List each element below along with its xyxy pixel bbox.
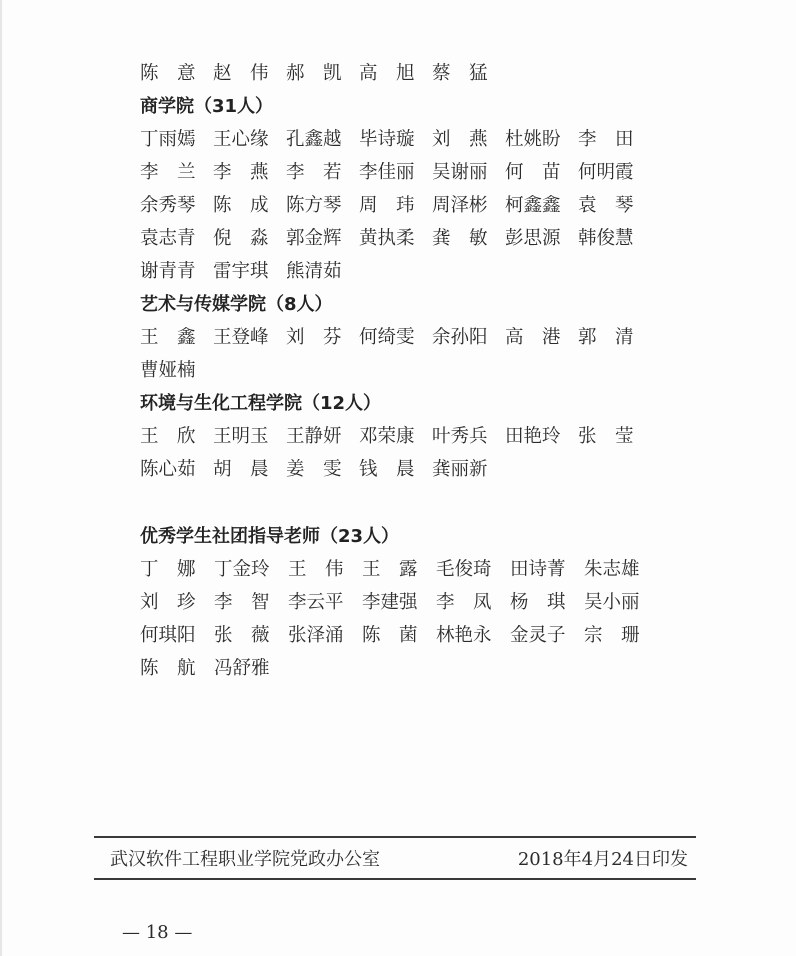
name-row: 袁志青 倪 淼 郭金辉 黄执柔 龚 敏 彭思源 韩俊慧	[140, 222, 680, 255]
person-name: 雷宇琪	[213, 255, 286, 288]
person-name: 陈 意	[140, 57, 213, 90]
person-name: 倪 淼	[213, 222, 286, 255]
person-name: 王登峰	[213, 321, 286, 354]
person-name: 郭金辉	[286, 222, 359, 255]
person-name: 胡 晨	[213, 453, 286, 486]
person-name: 丁雨嫣	[140, 123, 213, 156]
person-name: 韩俊慧	[578, 222, 651, 255]
name-row: 丁 娜 丁金玲 王 伟 王 露 毛俊琦 田诗菁 朱志雄	[140, 553, 680, 586]
section-heading-teachers: 优秀学生社团指导老师（23人）	[140, 520, 680, 553]
person-name: 王心缘	[213, 123, 286, 156]
person-name: 蔡 猛	[432, 57, 505, 90]
person-name: 毛俊琦	[436, 553, 510, 586]
person-name: 杨 琪	[510, 586, 584, 619]
person-name: 陈方琴	[286, 189, 359, 222]
person-name: 陈心茹	[140, 453, 213, 486]
name-row: 谢青青 雷宇琪 熊清茹	[140, 255, 680, 288]
person-name: 高 港	[505, 321, 578, 354]
name-row: 陈 航 冯舒雅	[140, 652, 680, 685]
person-name: 田艳玲	[505, 420, 578, 453]
name-row: 王 欣 王明玉 王静妍 邓荣康 叶秀兵 田艳玲 张 莹	[140, 420, 680, 453]
section-heading-business: 商学院（31人）	[140, 90, 680, 123]
person-name: 朱志雄	[584, 553, 658, 586]
document-body: 陈 意 赵 伟 郝 凯 高 旭 蔡 猛 商学院（31人） 丁雨嫣 王心缘 孔鑫越…	[140, 57, 680, 685]
person-name: 林艳永	[436, 619, 510, 652]
person-name: 李 凤	[436, 586, 510, 619]
person-name: 李佳丽	[359, 156, 432, 189]
person-name: 田诗菁	[510, 553, 584, 586]
person-name: 邓荣康	[359, 420, 432, 453]
page-number: — 18 —	[122, 922, 192, 943]
person-name: 李云平	[288, 586, 362, 619]
person-name: 金灵子	[510, 619, 584, 652]
person-name: 何琪阳	[140, 619, 214, 652]
person-name: 熊清茹	[286, 255, 359, 288]
person-name: 曹娅楠	[140, 354, 213, 387]
person-name: 李 若	[286, 156, 359, 189]
person-name: 陈 菌	[362, 619, 436, 652]
person-name: 李 智	[214, 586, 288, 619]
person-name: 李 兰	[140, 156, 213, 189]
name-row: 曹娅楠	[140, 354, 680, 387]
section-heading-arts-media: 艺术与传媒学院（8人）	[140, 288, 680, 321]
person-name: 王静妍	[286, 420, 359, 453]
name-row: 余秀琴 陈 成 陈方琴 周 玮 周泽彬 柯鑫鑫 袁 琴	[140, 189, 680, 222]
person-name: 王 欣	[140, 420, 213, 453]
person-name: 吴谢丽	[432, 156, 505, 189]
section-heading-environment: 环境与生化工程学院（12人）	[140, 387, 680, 420]
issue-date: 2018年4月24日印发	[518, 845, 688, 871]
person-name: 宗 珊	[584, 619, 658, 652]
person-name: 丁 娜	[140, 553, 214, 586]
person-name: 孔鑫越	[286, 123, 359, 156]
person-name: 王 伟	[288, 553, 362, 586]
person-name: 李 田	[578, 123, 651, 156]
name-row: 王 鑫 王登峰 刘 芬 何绮雯 余孙阳 高 港 郭 清	[140, 321, 680, 354]
person-name: 彭思源	[505, 222, 578, 255]
name-row: 刘 珍 李 智 李云平 李建强 李 凤 杨 琪 吴小丽	[140, 586, 680, 619]
person-name: 柯鑫鑫	[505, 189, 578, 222]
person-name: 余秀琴	[140, 189, 213, 222]
person-name: 王 鑫	[140, 321, 213, 354]
person-name: 钱 晨	[359, 453, 432, 486]
section-spacer	[140, 486, 680, 520]
person-name: 何绮雯	[359, 321, 432, 354]
person-name: 袁 琴	[578, 189, 651, 222]
person-name: 张泽涌	[288, 619, 362, 652]
person-name: 丁金玲	[214, 553, 288, 586]
person-name: 赵 伟	[213, 57, 286, 90]
person-name: 何明霞	[578, 156, 651, 189]
name-row: 李 兰 李 燕 李 若 李佳丽 吴谢丽 何 苗 何明霞	[140, 156, 680, 189]
document-footer: 武汉软件工程职业学院党政办公室 2018年4月24日印发	[94, 836, 696, 880]
person-name: 王明玉	[213, 420, 286, 453]
name-row: 丁雨嫣 王心缘 孔鑫越 毕诗璇 刘 燕 杜姚盼 李 田	[140, 123, 680, 156]
person-name: 何 苗	[505, 156, 578, 189]
person-name: 陈 成	[213, 189, 286, 222]
issuer-office: 武汉软件工程职业学院党政办公室	[110, 845, 380, 871]
person-name: 高 旭	[359, 57, 432, 90]
person-name: 李 燕	[213, 156, 286, 189]
person-name: 刘 燕	[432, 123, 505, 156]
person-name: 周 玮	[359, 189, 432, 222]
person-name: 龚丽新	[432, 453, 505, 486]
person-name: 刘 珍	[140, 586, 214, 619]
person-name: 郭 清	[578, 321, 651, 354]
person-name: 余孙阳	[432, 321, 505, 354]
person-name: 谢青青	[140, 255, 213, 288]
person-name: 袁志青	[140, 222, 213, 255]
person-name: 姜 雯	[286, 453, 359, 486]
person-name: 杜姚盼	[505, 123, 578, 156]
person-name: 冯舒雅	[214, 652, 288, 685]
person-name: 张 薇	[214, 619, 288, 652]
person-name: 周泽彬	[432, 189, 505, 222]
person-name: 吴小丽	[584, 586, 658, 619]
person-name: 刘 芬	[286, 321, 359, 354]
person-name: 毕诗璇	[359, 123, 432, 156]
person-name: 王 露	[362, 553, 436, 586]
person-name: 陈 航	[140, 652, 214, 685]
person-name: 叶秀兵	[432, 420, 505, 453]
person-name: 李建强	[362, 586, 436, 619]
person-name: 张 莹	[578, 420, 651, 453]
name-row: 陈心茹 胡 晨 姜 雯 钱 晨 龚丽新	[140, 453, 680, 486]
person-name: 龚 敏	[432, 222, 505, 255]
person-name: 黄执柔	[359, 222, 432, 255]
name-row: 何琪阳 张 薇 张泽涌 陈 菌 林艳永 金灵子 宗 珊	[140, 619, 680, 652]
name-row: 陈 意 赵 伟 郝 凯 高 旭 蔡 猛	[140, 57, 680, 90]
person-name: 郝 凯	[286, 57, 359, 90]
